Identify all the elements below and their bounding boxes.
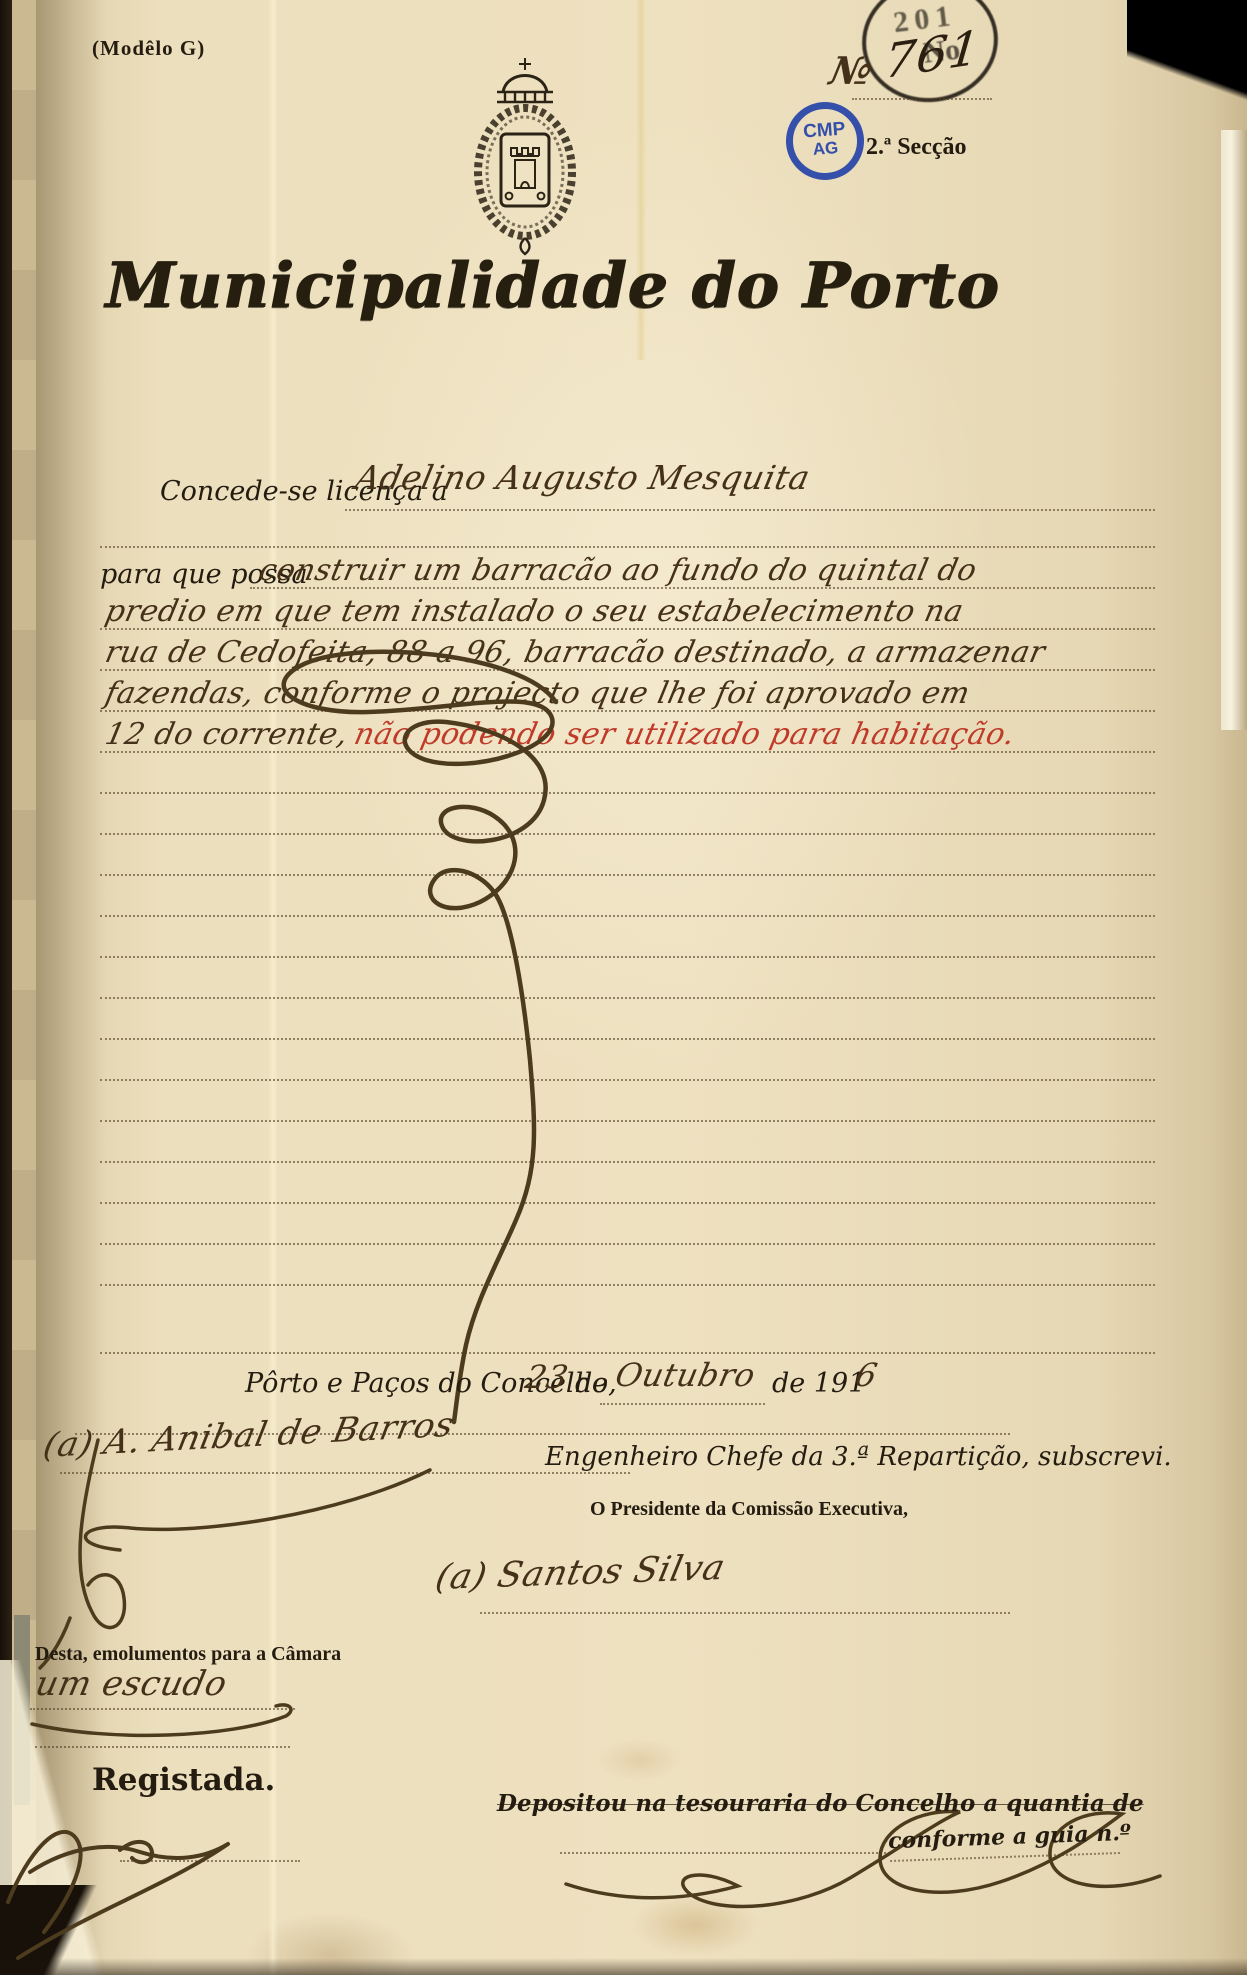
ruled-line — [100, 1352, 1155, 1354]
fees-value: um escudo — [32, 1664, 231, 1704]
fees-dotted-line — [30, 1708, 295, 1710]
registered-label: Registada. — [92, 1762, 275, 1798]
underlying-page-edge — [1221, 130, 1247, 730]
bottom-shadow — [0, 1958, 1247, 1975]
ruled-line — [100, 792, 1155, 794]
scanned-license-document: (Modêlo G) 201 No № 761 CMP AG 2.ª Secçã… — [0, 0, 1247, 1975]
page-title: Municipalidade do Porto — [105, 248, 955, 322]
body-line-5-red-clause: não podendo ser utilizado para habitação… — [351, 717, 1018, 752]
date-year-prefix: de 191 — [772, 1368, 865, 1399]
fees-label: Desta, emolumentos para a Câmara — [35, 1643, 341, 1666]
signature-dotted-line — [60, 1472, 630, 1474]
ruled-line — [100, 1120, 1155, 1122]
ruled-line — [100, 833, 1155, 835]
ruled-line — [35, 1746, 290, 1748]
body-line-1: construir um barracão ao fundo do quinta… — [256, 553, 980, 588]
registered-signature-dotted-line — [120, 1860, 300, 1862]
ruled-line — [100, 1038, 1155, 1040]
date-de: de — [575, 1368, 608, 1399]
body-line-3: rua de Cedofeita, 88 a 96, barracão dest… — [102, 635, 1048, 670]
president-label: O Presidente da Comissão Executiva, — [590, 1498, 908, 1521]
licensee-dotted-line — [345, 509, 1155, 511]
licensee-name: Adelino Augusto Mesquita — [352, 458, 814, 497]
ruled-line — [100, 1202, 1155, 1204]
president-signature-dotted-line — [480, 1612, 1010, 1614]
body-line-2: predio em que tem instalado o seu estabe… — [102, 594, 967, 629]
ruled-line — [100, 1284, 1155, 1286]
engineer-label: Engenheiro Chefe da 3.ª Repartição, subs… — [545, 1442, 1172, 1472]
section-label: 2.ª Secção — [866, 134, 967, 161]
backing-corner — [1127, 0, 1247, 150]
ruled-line — [100, 956, 1155, 958]
ruled-line — [100, 1243, 1155, 1245]
deposit-dotted-line — [560, 1852, 890, 1854]
model-label: (Modêlo G) — [92, 36, 205, 61]
blue-stamp-ag: AG — [793, 138, 858, 159]
number-dotted-line — [852, 98, 992, 100]
date-day: 23 — [522, 1358, 572, 1396]
date-dotted-line — [600, 1403, 765, 1405]
ruled-line — [100, 546, 1155, 548]
body-line-5: 12 do corrente, — [102, 717, 351, 752]
deposit-label: Depositou na tesouraria do Concelho a qu… — [497, 1790, 1144, 1817]
ruled-line — [100, 1161, 1155, 1163]
ruled-line — [100, 874, 1155, 876]
ruled-line — [100, 997, 1155, 999]
body-line-4: fazendas, conforme o projecto que lhe fo… — [102, 676, 973, 711]
date-month: Outubro — [612, 1356, 759, 1394]
ruled-line — [100, 1079, 1155, 1081]
ruled-line — [100, 915, 1155, 917]
